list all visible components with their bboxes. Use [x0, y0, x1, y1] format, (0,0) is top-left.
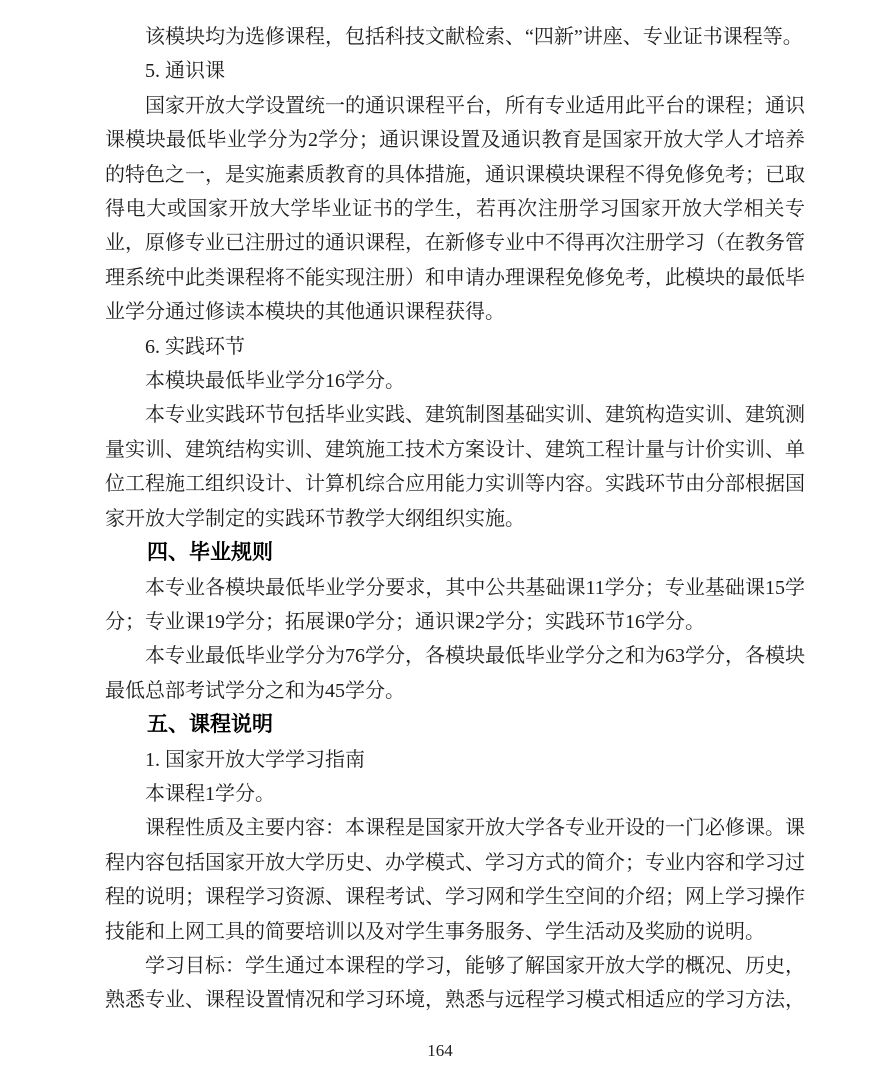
document-text-column: 该模块均为选修课程，包括科技文献检索、“四新”讲座、专业证书课程等。 5. 通识… — [105, 20, 805, 1018]
paragraph-general-course-details: 国家开放大学设置统一的通识课程平台，所有专业适用此平台的课程；通识课模块最低毕业… — [105, 89, 805, 330]
heading-graduation-rules: 四、毕业规则 — [105, 536, 805, 570]
subheading-5-general-course: 5. 通识课 — [105, 54, 805, 88]
page-number: 164 — [427, 1041, 453, 1060]
subheading-6-practical-training: 6. 实践环节 — [105, 330, 805, 364]
page-footer: 164 — [0, 1041, 880, 1061]
paragraph-course-nature-content: 课程性质及主要内容：本课程是国家开放大学各专业开设的一门必修课。课程内容包括国家… — [105, 811, 805, 949]
document-page: 该模块均为选修课程，包括科技文献检索、“四新”讲座、专业证书课程等。 5. 通识… — [0, 0, 880, 1084]
paragraph-practical-contents: 本专业实践环节包括毕业实践、建筑制图基础实训、建筑构造实训、建筑测量实训、建筑结… — [105, 398, 805, 536]
paragraph-practical-min-credits: 本模块最低毕业学分16学分。 — [105, 364, 805, 398]
paragraph-module-credit-requirements: 本专业各模块最低毕业学分要求，其中公共基础课11学分；专业基础课15学分；专业课… — [105, 571, 805, 640]
paragraph-learning-objectives: 学习目标：学生通过本课程的学习，能够了解国家开放大学的概况、历史，熟悉专业、课程… — [105, 949, 805, 1018]
paragraph-course-credit: 本课程1学分。 — [105, 777, 805, 811]
subheading-1-study-guide: 1. 国家开放大学学习指南 — [105, 743, 805, 777]
heading-course-description: 五、课程说明 — [105, 708, 805, 742]
paragraph-module-elective-note: 该模块均为选修课程，包括科技文献检索、“四新”讲座、专业证书课程等。 — [105, 20, 805, 54]
paragraph-total-credit-requirements: 本专业最低毕业学分为76学分，各模块最低毕业学分之和为63学分，各模块最低总部考… — [105, 639, 805, 708]
